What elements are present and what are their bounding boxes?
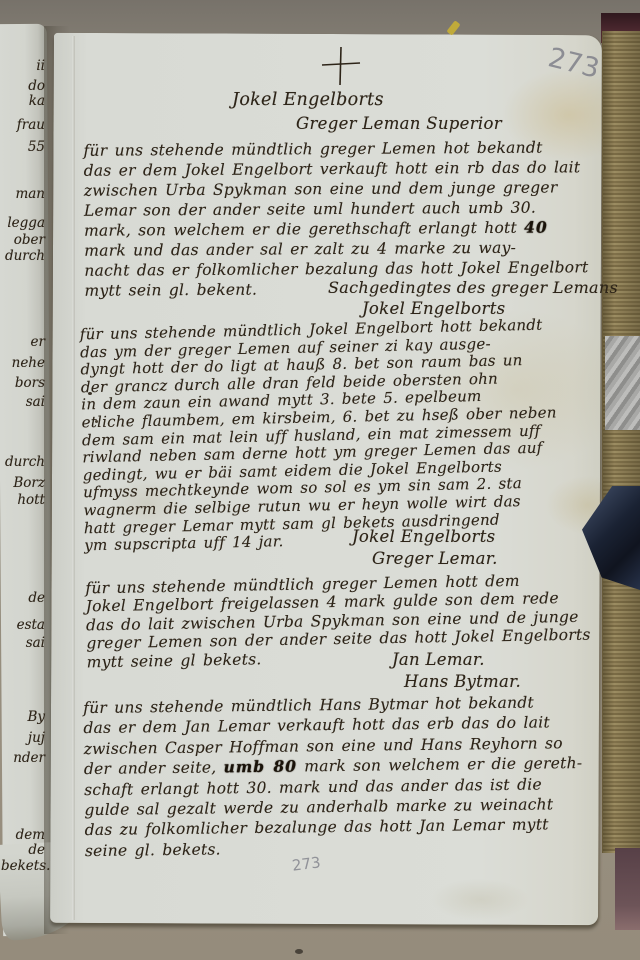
paper-speck (446, 20, 460, 35)
facing-page-text-fragment: man (1, 186, 45, 202)
entry-subheading: Greger Leman Superior (296, 114, 502, 133)
book-cover-edge-bottom (615, 848, 640, 930)
book-clasp (605, 336, 640, 430)
facing-page-text-fragment: durch (1, 454, 45, 470)
facing-page-text-fragment: ober (1, 232, 45, 248)
facing-page-text-fragment: nehe (1, 355, 45, 371)
facing-page-text-fragment: Borz (1, 475, 45, 491)
photo-of-manuscript: { "page": { "number_top_right": "273", "… (0, 0, 640, 960)
facing-page-text-fragment: nder (1, 750, 45, 766)
facing-page-text-fragment: bekets. (1, 858, 45, 874)
entry-body: für uns stehende mündtlich Hans Bytmar h… (83, 692, 591, 861)
facing-page-text-fragment: er (1, 334, 45, 350)
facing-page-text-fragment: juj (1, 730, 45, 746)
entry-heading: Jokel Engelborts (352, 527, 495, 546)
facing-page-text-fragment: durch (1, 248, 45, 264)
facing-page-text-fragment: ka (1, 93, 45, 109)
facing-page-text-fragment: de (1, 842, 45, 858)
facing-page-text-fragment: bors (1, 375, 45, 391)
entry-subheading: Jokel Engelborts (362, 299, 505, 318)
entry-heading: Sachgedingtes des greger Lemans (328, 278, 618, 297)
facing-page-text-fragment: sai (1, 635, 45, 651)
entry-subheading: Greger Lemar. (372, 549, 498, 568)
facing-page-text-fragment: sai (1, 394, 45, 410)
facing-page-text-fragment: de (1, 590, 45, 606)
facing-page-text-fragment: frau (1, 117, 45, 133)
page-crease (72, 36, 75, 920)
entry-body: für uns stehende mündtlich greger Lemen … (83, 137, 584, 300)
facing-page-text-fragment: legga (1, 215, 45, 231)
entry-body: für uns stehende mündtlich Jokel Engelbo… (80, 316, 593, 555)
entry-heading: Jan Lemar. (392, 650, 485, 669)
facing-page-text-fragment: 55 (1, 139, 45, 155)
cross-mark (318, 42, 364, 90)
entry-heading: Jokel Engelborts (232, 90, 384, 110)
facing-page-text-fragment: esta (1, 617, 45, 633)
entry-subheading: Hans Bytmar. (404, 672, 521, 691)
entry-body: für uns stehende mündtlich greger Lemen … (85, 571, 589, 672)
facing-page-text-fragment: By (1, 709, 45, 725)
background-speck (295, 949, 303, 954)
book-fore-edge (602, 31, 640, 853)
facing-page-text-fragment: ii (1, 58, 45, 74)
facing-page-text-fragment: hott (1, 492, 45, 508)
facing-page-text-fragment: do (1, 78, 45, 94)
facing-page-text-fragment: dem (1, 827, 45, 843)
